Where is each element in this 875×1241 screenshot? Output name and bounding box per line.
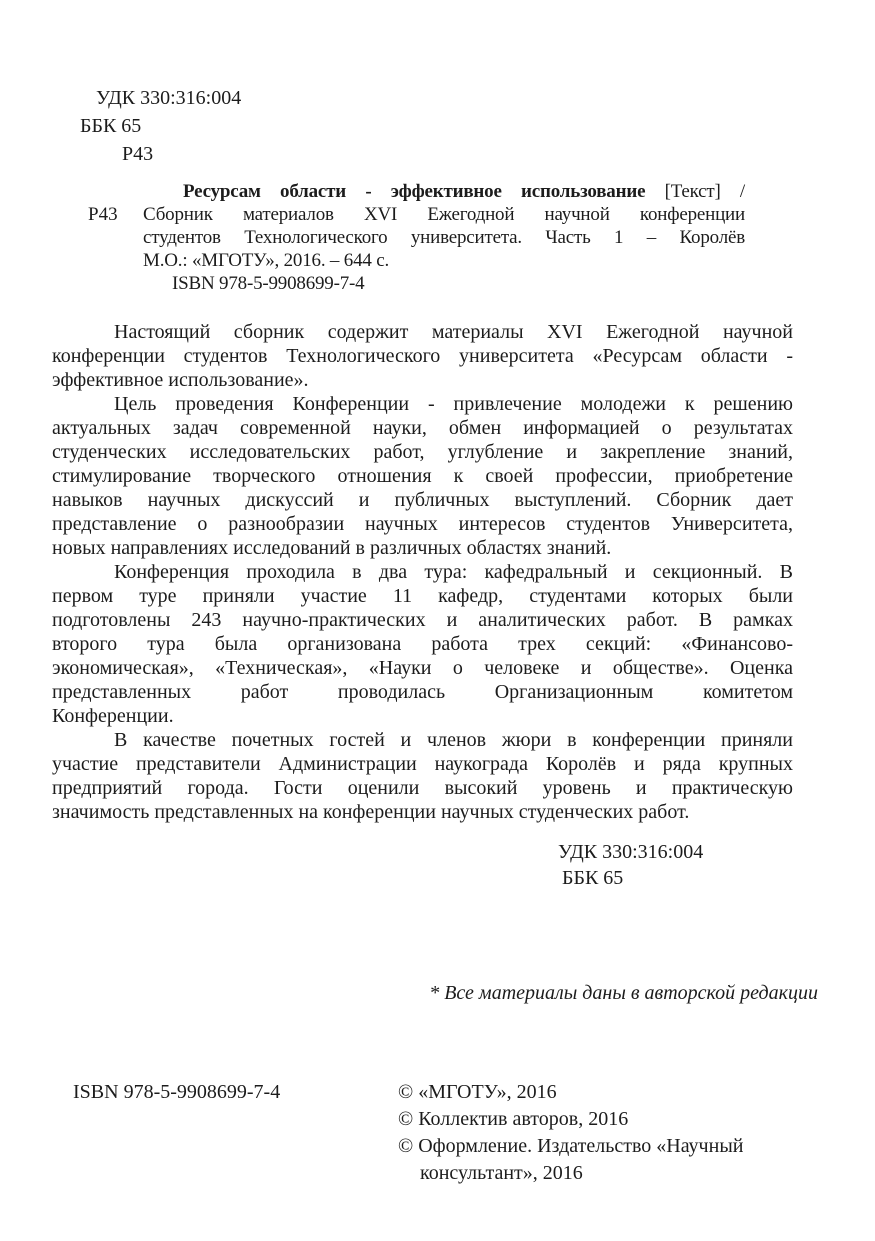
text-line: навыков научных дискуссий и публичных вы… — [52, 488, 793, 512]
card-line: М.О.: «МГОТУ», 2016. – 644 с. — [143, 249, 745, 272]
annotation-text: Настоящий сборник содержит материалы XVI… — [52, 320, 793, 824]
text-line: В качестве почетных гостей и членов жюри… — [52, 728, 793, 752]
text-line: второго тура была организована работа тр… — [52, 632, 793, 656]
bbk-code-footer: ББК 65 — [562, 865, 703, 891]
text-line: конференции студентов Технологического у… — [52, 344, 793, 368]
card-isbn: ISBN 978-5-9908699-7-4 — [143, 272, 745, 295]
udc-code: УДК 330:316:004 — [96, 84, 241, 112]
udc-code-footer: УДК 330:316:004 — [558, 839, 703, 865]
card-line: студентов Технологического университета.… — [143, 226, 745, 249]
text-line: Конференции. — [52, 704, 793, 728]
editorial-note: * Все материалы даны в авторской редакци… — [429, 982, 818, 1005]
text-line: эффективное использование». — [52, 368, 793, 392]
text-line: Настоящий сборник содержит материалы XVI… — [52, 320, 793, 344]
card-author-sign: Р43 — [88, 203, 118, 226]
bbk-code: ББК 65 — [80, 112, 241, 140]
text-line: Цель проведения Конференции - привлечени… — [52, 392, 793, 416]
footer-codes-block: УДК 330:316:004 ББК 65 — [558, 839, 703, 891]
text-line: участие представители Администрации наук… — [52, 752, 793, 776]
text-line: Конференция проходила в два тура: кафедр… — [52, 560, 793, 584]
text-line: первом туре приняли участие 11 кафедр, с… — [52, 584, 793, 608]
copyright-list: © «МГОТУ», 2016 © Коллектив авторов, 201… — [398, 1079, 818, 1187]
card-title-line: Ресурсам области - эффективное использов… — [143, 180, 745, 203]
book-imprint-page: УДК 330:316:004 ББК 65 Р43 Р43 Ресурсам … — [0, 0, 875, 1241]
copyright-line: © Оформление. Издательство «Научный — [398, 1133, 818, 1160]
catalog-card: Ресурсам области - эффективное использов… — [143, 180, 745, 295]
text-line: предприятий города. Гости оценили высоки… — [52, 776, 793, 800]
text-line: значимость представленных на конференции… — [52, 800, 793, 824]
copyright-line: © «МГОТУ», 2016 — [398, 1079, 818, 1106]
text-line: студенческих исследовательских работ, уг… — [52, 440, 793, 464]
copyright-line-continuation: консультант», 2016 — [398, 1160, 818, 1187]
card-title-bold: Ресурсам области - эффективное использов… — [183, 181, 645, 202]
text-line: актуальных задач современной науки, обме… — [52, 416, 793, 440]
text-line: представление о разнообразии научных инт… — [52, 512, 793, 536]
text-line: представленных работ проводилась Организ… — [52, 680, 793, 704]
text-line: экономическая», «Техническая», «Науки о … — [52, 656, 793, 680]
card-line: Сборник материалов XVI Ежегодной научной… — [143, 203, 745, 226]
imprint-isbn: ISBN 978-5-9908699-7-4 — [73, 1079, 280, 1106]
header-codes-block: УДК 330:316:004 ББК 65 Р43 — [0, 84, 241, 168]
copyright-line: © Коллектив авторов, 2016 — [398, 1106, 818, 1133]
card-title-tail: [Текст] / — [645, 181, 745, 202]
text-line: подготовлены 243 научно-практических и а… — [52, 608, 793, 632]
text-line: новых направлениях исследований в различ… — [52, 536, 793, 560]
text-line: стимулирование творческого отношения к с… — [52, 464, 793, 488]
author-sign: Р43 — [122, 140, 241, 168]
